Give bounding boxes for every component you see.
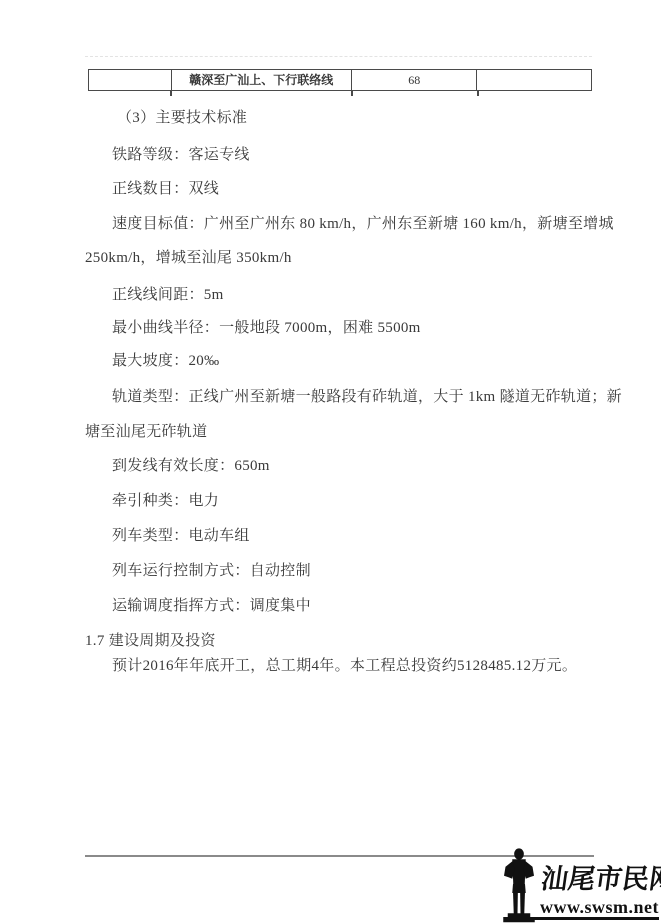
header-cell-empty-left (89, 70, 172, 90)
header-cell-page-number: 68 (352, 70, 478, 90)
page-header-table: 赣深至广汕上、下行联络线 68 (88, 69, 592, 91)
table-border-stub (477, 91, 479, 96)
body-line: 预计2016年年底开工，总工期4年。本工程总投资约5128485.12万元。 (112, 658, 577, 674)
body-line: 列车运行控制方式：自动控制 (112, 563, 311, 579)
body-line: 列车类型：电动车组 (112, 528, 250, 544)
table-border-stub (351, 91, 353, 96)
body-line: 铁路等级：客运专线 (112, 147, 250, 163)
body-line: 速度目标值：广州至广州东 80 km/h，广州东至新塘 160 km/h，新塘至… (112, 216, 614, 232)
header-cell-line-title: 赣深至广汕上、下行联络线 (172, 70, 352, 90)
body-line: 最大坡度：20‰ (112, 353, 219, 369)
body-line: 运输调度指挥方式：调度集中 (112, 598, 311, 614)
body-line: 正线数目：双线 (112, 181, 219, 197)
body-line: 牵引种类：电力 (112, 493, 219, 509)
table-border-stub (170, 91, 172, 96)
ghost-row-line (85, 56, 592, 57)
body-line: 250km/h，增城至汕尾 350km/h (85, 250, 292, 266)
document-page: { "page": { "background": "#ffffff", "te… (0, 0, 661, 923)
body-line: 轨道类型：正线广州至新塘一般路段有砟轨道，大于 1km 隧道无砟轨道；新 (112, 389, 622, 405)
watermark-site-url: www.swsm.net (526, 898, 659, 920)
body-line: 到发线有效长度：650m (112, 458, 270, 474)
body-line: 正线线间距：5m (112, 287, 224, 303)
watermark-logo: 汕尾市民网 www.swsm.net (495, 848, 661, 923)
section-heading: 1.7 建设周期及投资 (85, 633, 216, 649)
header-cell-empty-right (477, 70, 591, 90)
body-line: 最小曲线半径：一般地段 7000m，困难 5500m (112, 320, 421, 336)
section-heading: （3）主要技术标准 (117, 110, 247, 126)
body-line: 塘至汕尾无砟轨道 (85, 424, 207, 440)
watermark-site-name: 汕尾市民网 (539, 866, 661, 894)
